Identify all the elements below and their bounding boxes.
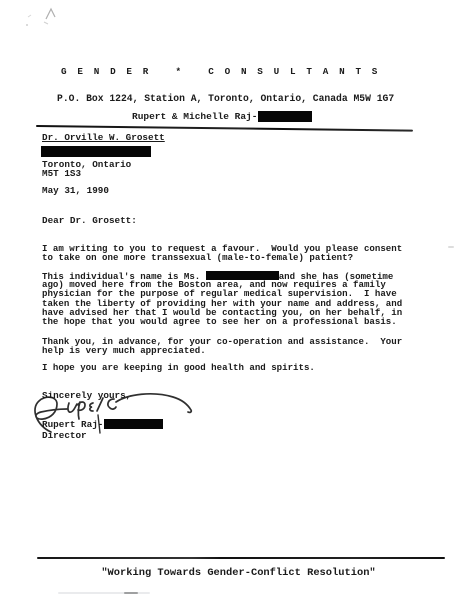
scanned-letter-page: G E N D E R * C O N S U L T A N T S P.O.… bbox=[0, 0, 463, 600]
scan-smudge-bottom bbox=[58, 592, 150, 594]
redaction-box bbox=[258, 111, 312, 122]
text-line: to take on one more transsexual (male-to… bbox=[42, 253, 402, 262]
text-line: the hope that you would agree to see her… bbox=[42, 317, 402, 326]
recipient-postal-code: M5T 1S3 bbox=[42, 168, 81, 179]
paragraph-2-rest: ago) moved here from the Boston area, an… bbox=[42, 280, 402, 327]
scan-smudge-bottom-dark bbox=[124, 592, 138, 594]
paragraph-3: Thank you, in advance, for your co-opera… bbox=[42, 337, 402, 356]
footer-divider-line bbox=[37, 557, 445, 559]
redaction-box bbox=[41, 146, 151, 157]
org-principals-text: Rupert & Michelle Raj- bbox=[132, 111, 257, 122]
salutation: Dear Dr. Grosett: bbox=[42, 215, 137, 226]
org-name: G E N D E R * C O N S U L T A N T S bbox=[61, 66, 380, 77]
signer-title: Director bbox=[42, 430, 87, 441]
org-address: P.O. Box 1224, Station A, Toronto, Ontar… bbox=[57, 93, 394, 104]
org-principals-line: Rupert & Michelle Raj- bbox=[132, 111, 312, 122]
letter-date: May 31, 1990 bbox=[42, 185, 109, 196]
paragraph-1: I am writing to you to request a favour.… bbox=[42, 244, 402, 263]
signer-name: Rupert Raj- bbox=[42, 419, 103, 430]
scan-speck bbox=[448, 246, 454, 248]
scan-artifact-top-left bbox=[24, 5, 64, 33]
footer-tagline: "Working Towards Gender-Conflict Resolut… bbox=[0, 567, 463, 579]
text-line: I hope you are keeping in good health an… bbox=[42, 363, 315, 372]
letterhead-divider-line bbox=[36, 125, 413, 132]
paragraph-2: This individual's name is Ms. and she ha… bbox=[42, 271, 402, 327]
redaction-box bbox=[104, 419, 163, 430]
recipient-name: Dr. Orville W. Grosett bbox=[42, 132, 165, 143]
paragraph-4: I hope you are keeping in good health an… bbox=[42, 363, 315, 372]
text-line: help is very much appreciated. bbox=[42, 346, 402, 355]
signer-line: Rupert Raj- bbox=[42, 419, 163, 430]
